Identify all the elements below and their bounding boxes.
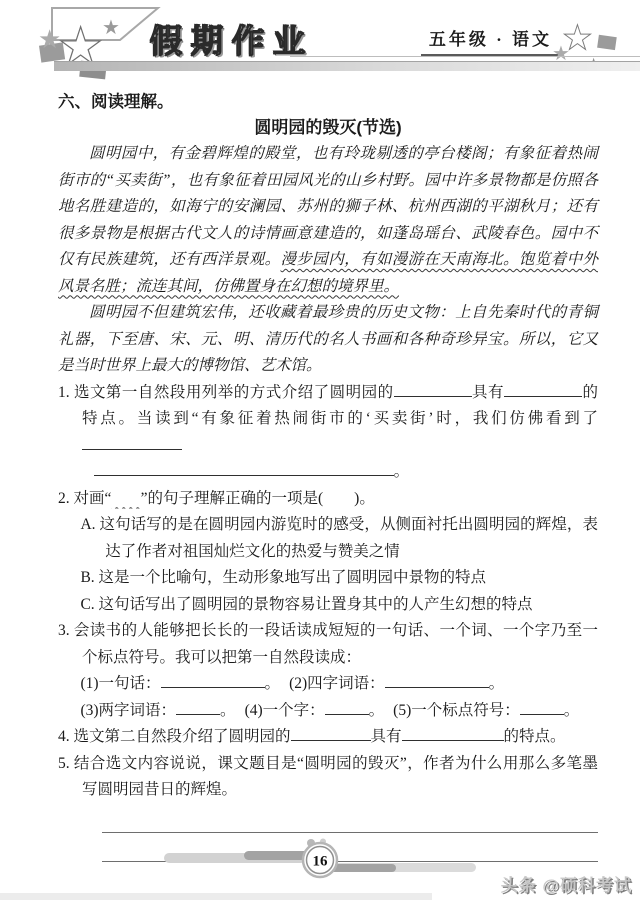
question-4-text: 的特点。: [504, 728, 566, 745]
page-number-ornament: 16: [160, 838, 480, 884]
answer-blank: [402, 726, 504, 741]
answer-blank: [82, 435, 182, 450]
question-3-item-label: (4)一个字：: [245, 702, 325, 719]
question-1: 1. 选文第一自然段用列举的方式介绍了圆明园的具有的特点。当读到“有象征着热闹街…: [58, 380, 598, 460]
star-icon: ★: [38, 25, 61, 55]
question-2: 2. 对画“ ”的句子理解正确的一项是( )。: [58, 486, 598, 513]
question-2-text: ”的句子理解正确的一项是( )。: [141, 490, 375, 507]
question-5: 5. 结合选文内容说说，课文题目是“圆明园的毁灭”，作者为什么用那么多笔墨写圆明…: [58, 751, 598, 804]
answer-blank: [161, 673, 265, 688]
wavy-line-sample: [111, 490, 140, 507]
question-4: 4. 选文第二自然段介绍了圆明园的具有的特点。: [58, 724, 598, 751]
header-rule-thin: [290, 56, 640, 57]
question-3-item-label: (5)一个标点符号：: [393, 702, 520, 719]
question-1-text: 1. 选文第一自然段用列举的方式介绍了圆明园的: [58, 384, 394, 401]
answer-blank: [385, 673, 489, 688]
answer-blank: [291, 726, 371, 741]
passage-text: 圆明园中，有金碧辉煌的殿堂，也有玲珑剔透的亭台楼阁；有象征着热闹街市的“买卖街”…: [58, 145, 598, 268]
answer-blank: [94, 461, 394, 476]
question-3-item-label: (1)一句话：: [80, 675, 160, 692]
question-1-text: 。: [394, 463, 410, 480]
grade-subject-label: 五年级 · 语文: [421, 25, 560, 56]
watermark: 头条 @硕科考试: [501, 871, 632, 896]
ornament-swoosh: [328, 864, 396, 872]
page-edge-shadow: [0, 893, 432, 900]
question-3-item-label: 。: [564, 702, 580, 719]
passage-paragraph-1: 圆明园中，有金碧辉煌的殿堂，也有玲珑剔透的亭台楼阁；有象征着热闹街市的“买卖街”…: [58, 141, 598, 300]
cube-shape: [597, 35, 617, 50]
question-2-option-a: A. 这句话写的是在圆明园内游览时的感受，从侧面衬托出圆明园的辉煌，表达了作者对…: [80, 512, 598, 565]
answer-blank: [325, 700, 369, 715]
question-3-item-label: (3)两字词语：: [80, 702, 176, 719]
answer-line: [102, 804, 598, 833]
page-number: 16: [313, 854, 329, 870]
question-4-text: 4. 选文第二自然段介绍了圆明园的: [58, 728, 291, 745]
star-icon: ★: [564, 21, 591, 56]
question-3-items-line-2: (3)两字词语：。(4)一个字：。(5)一个标点符号：。: [80, 698, 598, 725]
answer-blank: [176, 700, 220, 715]
question-3-item-label: 。: [369, 702, 385, 719]
question-3-items-line-1: (1)一句话：。(2)四字词语：。: [80, 671, 598, 698]
question-3-item-label: 。: [220, 702, 236, 719]
stars-decoration-left: ★ ★ ★: [36, 4, 164, 84]
answer-blank: [504, 382, 582, 397]
worksheet-content: 六、阅读理解。 圆明园的毁灭(节选) 圆明园中，有金碧辉煌的殿堂，也有玲珑剔透的…: [58, 88, 598, 862]
question-2-text: 2. 对画“: [58, 490, 111, 507]
question-3-item-label: 。: [489, 675, 505, 692]
question-3: 3. 会读书的人能够把长长的一段话读成短短的一句话、一个词、一个字乃至一个标点符…: [58, 618, 598, 671]
ornament-swoosh: [244, 851, 312, 860]
answer-blank: [520, 700, 564, 715]
question-3-item-label: 。: [265, 675, 281, 692]
question-3-item-label: (2)四字词语：: [289, 675, 385, 692]
question-4-text: 具有: [371, 728, 402, 745]
question-2-option-b: B. 这是一个比喻句，生动形象地写出了圆明园中景物的特点: [80, 565, 598, 592]
section-heading: 六、阅读理解。: [58, 90, 598, 114]
star-icon: ★: [102, 15, 120, 39]
passage-title: 圆明园的毁灭(节选): [58, 114, 598, 141]
passage-paragraph-2: 圆明园不但建筑宏伟，还收藏着最珍贵的历史文物：上自先秦时代的青铜礼器，下至唐、宋…: [58, 300, 598, 380]
header-rule-bar: [54, 61, 640, 71]
answer-blank: [394, 382, 472, 397]
question-2-option-c: C. 这句话写出了圆明园的景物容易让置身其中的人产生幻想的特点: [80, 592, 598, 619]
page-header: ★ ★ ★ 假期作业 五年级 · 语文 ★ ★ ★: [0, 0, 640, 88]
question-1-text: 具有: [472, 384, 504, 401]
question-1-answer-line: 。: [94, 459, 598, 486]
worksheet-page: ★ ★ ★ 假期作业 五年级 · 语文 ★ ★ ★ 六、阅读理解。 圆明园的毁灭…: [0, 0, 640, 900]
